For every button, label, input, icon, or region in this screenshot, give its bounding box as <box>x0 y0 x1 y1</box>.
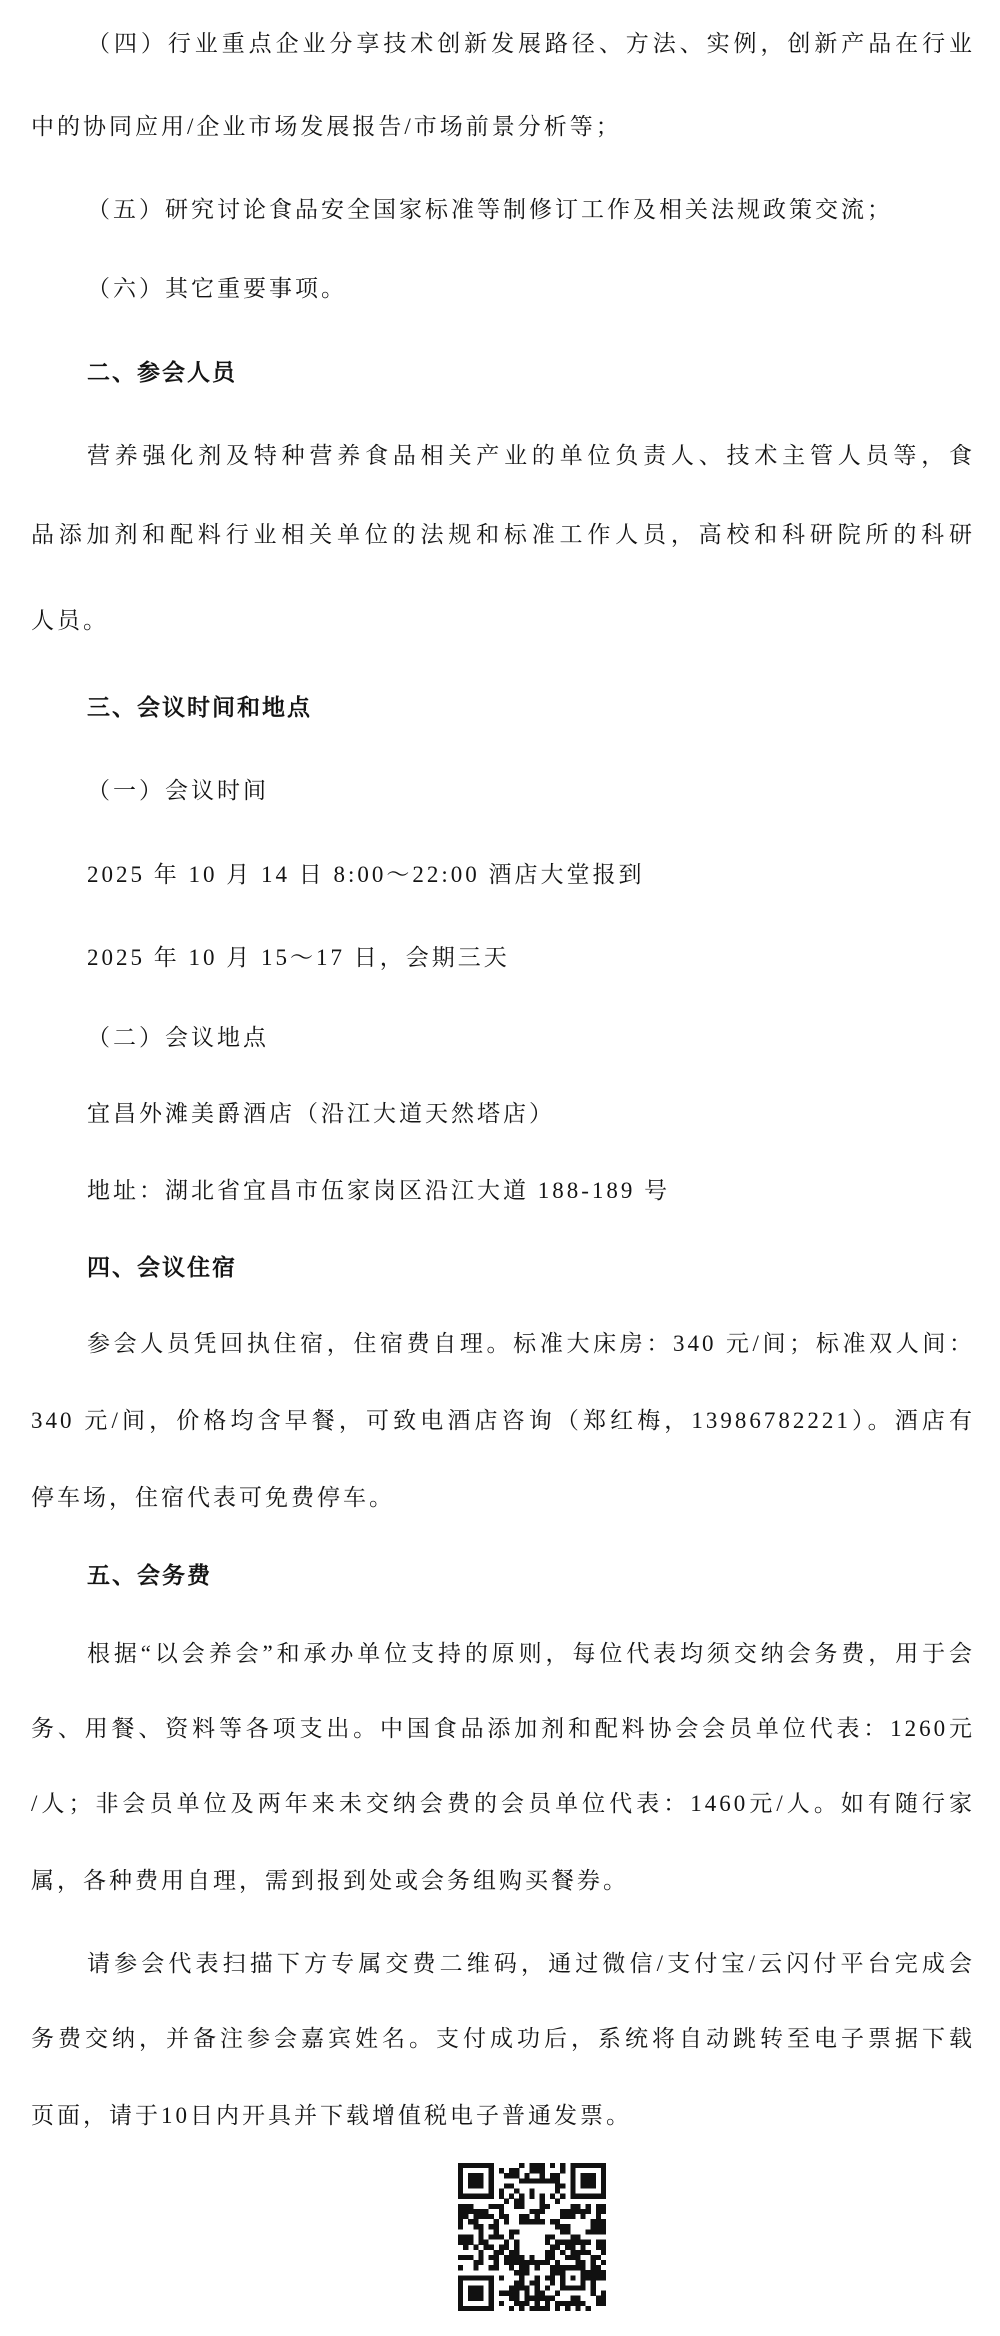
payment-paragraph-line: 页面，请于10日内开具并下载增值税电子普通发票。 <box>31 2100 975 2132</box>
subsection-heading-place: （二）会议地点 <box>31 1022 975 1054</box>
section-heading-attendees: 二、参会人员 <box>31 357 975 389</box>
registration-date-line: 2025 年 10 月 14 日 8:00～22:00 酒店大堂报到 <box>31 859 975 891</box>
attendees-paragraph-line: 品添加剂和配料行业相关单位的法规和标准工作人员，高校和科研院所的科研 <box>31 519 975 551</box>
payment-paragraph-line: 请参会代表扫描下方专属交费二维码，通过微信/支付宝/云闪付平台完成会 <box>31 1948 975 1980</box>
subsection-heading-time: （一）会议时间 <box>31 775 975 807</box>
fees-paragraph-line: 根据“以会养会”和承办单位支持的原则，每位代表均须交纳会务费，用于会 <box>31 1638 975 1670</box>
meeting-date-line: 2025 年 10 月 15～17 日，会期三天 <box>31 942 975 974</box>
fees-paragraph-line: 务、用餐、资料等各项支出。中国食品添加剂和配料协会会员单位代表：1260元 <box>31 1713 975 1745</box>
agenda-item-4-line-2: 中的协同应用/企业市场发展报告/市场前景分析等； <box>31 111 975 143</box>
document-page: （四）行业重点企业分享技术创新发展路径、方法、实例，创新产品在行业 中的协同应用… <box>0 0 1000 2336</box>
attendees-paragraph-line: 人员。 <box>31 605 975 637</box>
agenda-item-4-line-1: （四）行业重点企业分享技术创新发展路径、方法、实例，创新产品在行业 <box>31 28 975 60</box>
agenda-item-5: （五）研究讨论食品安全国家标准等制修订工作及相关法规政策交流； <box>31 194 975 226</box>
section-heading-time-place: 三、会议时间和地点 <box>31 692 975 724</box>
hotel-name-line: 宜昌外滩美爵酒店（沿江大道天然塔店） <box>31 1098 975 1130</box>
agenda-item-6: （六）其它重要事项。 <box>31 273 975 305</box>
accommodation-paragraph-line: 参会人员凭回执住宿，住宿费自理。标准大床房：340 元/间；标准双人间： <box>31 1328 975 1360</box>
accommodation-paragraph-line: 340 元/间，价格均含早餐，可致电酒店咨询（郑红梅，13986782221）。… <box>31 1405 975 1437</box>
section-heading-accommodation: 四、会议住宿 <box>31 1252 975 1284</box>
payment-qr-code-icon <box>458 2163 606 2311</box>
hotel-address-line: 地址：湖北省宜昌市伍家岗区沿江大道 188-189 号 <box>31 1175 975 1207</box>
fees-paragraph-line: /人；非会员单位及两年来未交纳会费的会员单位代表：1460元/人。如有随行家 <box>31 1788 975 1820</box>
qr-code-graphic <box>458 2163 606 2311</box>
payment-paragraph-line: 务费交纳，并备注参会嘉宾姓名。支付成功后，系统将自动跳转至电子票据下载 <box>31 2023 975 2055</box>
attendees-paragraph-line: 营养强化剂及特种营养食品相关产业的单位负责人、技术主管人员等，食 <box>31 440 975 472</box>
section-heading-fees: 五、会务费 <box>31 1560 975 1592</box>
fees-paragraph-line: 属，各种费用自理，需到报到处或会务组购买餐券。 <box>31 1865 975 1897</box>
accommodation-paragraph-line: 停车场，住宿代表可免费停车。 <box>31 1482 975 1514</box>
